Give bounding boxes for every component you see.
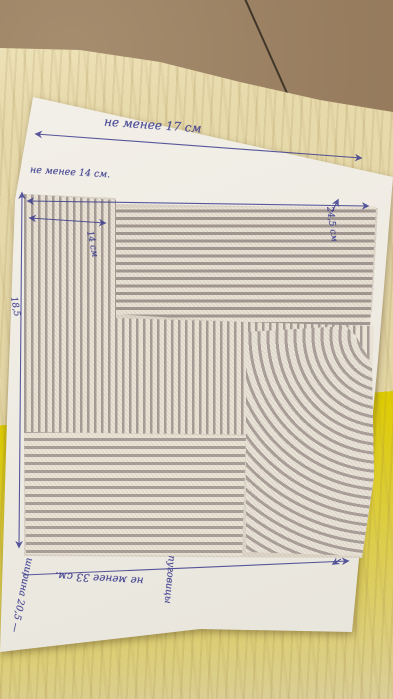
knit-top-edge-arrow <box>28 201 368 206</box>
left-height-double-arrow <box>19 193 22 547</box>
top-width-double-arrow <box>36 134 361 158</box>
left-inner-width-arrow <box>30 218 105 223</box>
photo-knitting-pattern: не менее 17 см не менее 14 см. 14 см 18,… <box>0 0 393 699</box>
pen-annotations-layer <box>0 0 393 699</box>
